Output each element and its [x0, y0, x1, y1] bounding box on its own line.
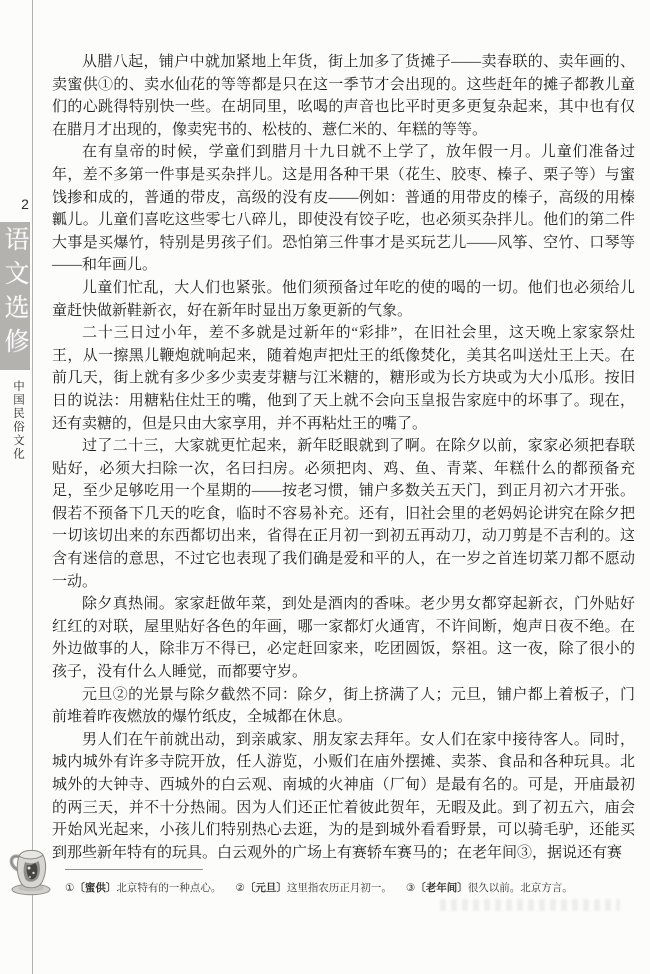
- article-paragraph-1: 从腊八起，铺户中就加紧地上年货，街上加多了货摊子——卖春联的、卖年画的、卖蜜供①…: [52, 51, 635, 141]
- article-paragraph-7: 元旦②的光景与除夕截然不同：除夕，街上挤满了人；元旦，铺户都上着板子，门前堆着昨…: [52, 684, 635, 729]
- article-paragraph-2: 在有皇帝的时候，学童们到腊月十九日就不上学了，放年假一月。儿童们准备过年，差不多…: [52, 141, 635, 277]
- subject-calligraphy-text: 语文选修: [0, 222, 30, 362]
- page-number: 2: [16, 196, 34, 212]
- footnotes: ①〔蜜供〕北京特有的一种点心。 ②〔元旦〕这里指农历正月初一。 ③〔老年间〕很久…: [65, 881, 640, 896]
- footnote-text: 这里指农历正月初一。: [287, 883, 392, 894]
- footnote-text: 北京特有的一种点心。: [116, 883, 221, 894]
- footnote-number: ③: [406, 883, 415, 894]
- article-paragraph-4: 二十三日过小年，差不多就是过新年的“彩排”，在旧社会里，这天晚上家家祭灶王，从一…: [52, 322, 635, 435]
- article-paragraph-8: 男人们在午前就出动，到亲戚家、朋友家去拜年。女人们在家中接待客人。同时，城内城外…: [52, 729, 635, 865]
- footnote-item-3: ③〔老年间〕很久以前。北京方言。: [406, 881, 573, 896]
- subject-calligraphy-block: 语文选修: [0, 222, 30, 370]
- porcelain-jug-photo: [5, 848, 55, 896]
- footnote-number: ①: [65, 883, 74, 894]
- footnote-term: 〔蜜供〕: [74, 883, 116, 894]
- footnote-term: 〔元旦〕: [245, 883, 287, 894]
- sidebar-divider-line: [32, 0, 33, 974]
- footnote-text: 很久以前。北京方言。: [468, 883, 573, 894]
- footnote-item-2: ②〔元旦〕这里指农历正月初一。: [235, 881, 391, 896]
- article-paragraph-3: 儿童们忙乱，大人们也紧张。他们须预备过年吃的使的喝的一切。他们也必须给儿童赶快做…: [52, 277, 635, 322]
- footnote-number: ②: [235, 883, 244, 894]
- article-paragraph-6: 除夕真热闹。家家赶做年菜，到处是酒肉的香味。老少男女都穿起新衣，门外贴好红红的对…: [52, 593, 635, 683]
- article-paragraph-5: 过了二十三，大家就更忙起来，新年眨眼就到了啊。在除夕以前，家家必须把春联贴好，必…: [52, 435, 635, 593]
- footnote-term: 〔老年间〕: [415, 883, 468, 894]
- article-text: 从腊八起，铺户中就加紧地上年货，街上加多了货摊子——卖春联的、卖年画的、卖蜜供①…: [52, 51, 635, 864]
- textbook-page: 2 语文选修 中国民俗文化 从腊八起，铺户中就加紧地上年货，街上加多了货摊子——…: [0, 0, 650, 974]
- series-title-vertical: 中国民俗文化: [10, 380, 26, 461]
- footnote-separator-line: [65, 869, 203, 870]
- page-showthrough-smudge: [440, 899, 620, 911]
- footnote-item-1: ①〔蜜供〕北京特有的一种点心。: [65, 881, 221, 896]
